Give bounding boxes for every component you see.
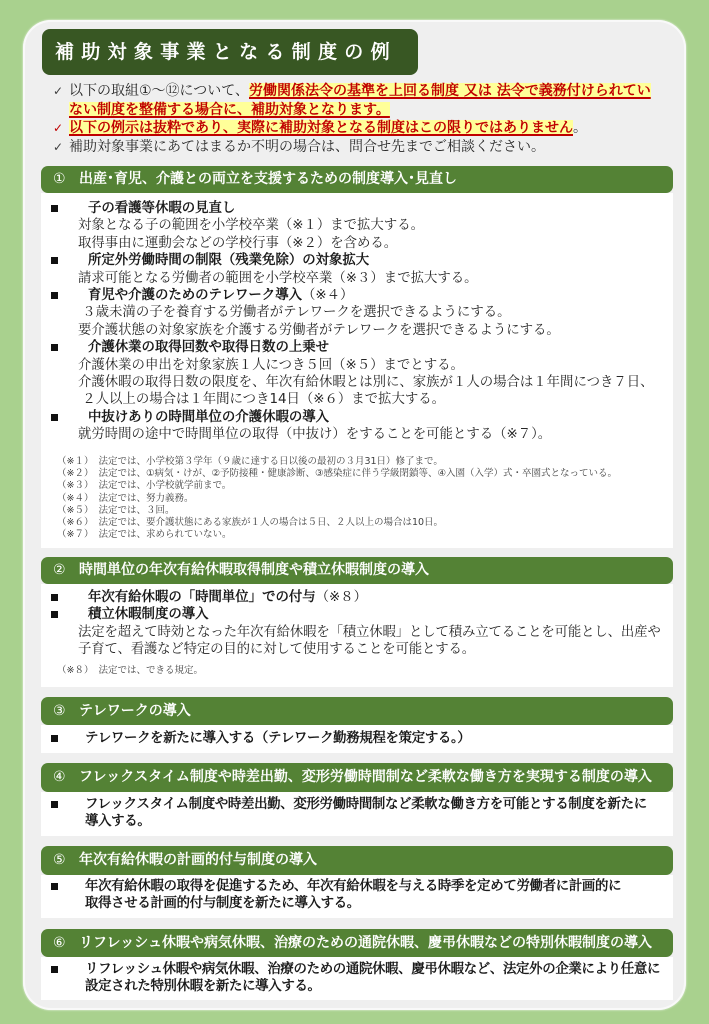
intro-text: 以下の取組①～⑫について、 xyxy=(69,83,249,99)
item-heading: 介護休業の取得回数や取得日数の上乗せ xyxy=(41,339,673,356)
item-text: 要介護状態の対象家族を介護する労働者がテレワークを選択できるようにする。 xyxy=(41,322,673,339)
square-bullet-icon xyxy=(51,966,58,973)
square-bullet-icon xyxy=(51,735,58,742)
list-item: リフレッシュ休暇や病気休暇、治療のための通院休暇、慶弔休暇など、法定外の企業によ… xyxy=(41,961,673,996)
list-item: フレックスタイム制度や時差出勤、変形労働時間制など柔軟な働き方を可能とする制度を… xyxy=(41,796,673,831)
item-heading: 所定外労働時間の制限（残業免除）の対象拡大 xyxy=(41,252,673,269)
item-text: フレックスタイム制度や時差出勤、変形労働時間制など柔軟な働き方を可能とする制度を… xyxy=(41,796,673,813)
list-item: 所定外労働時間の制限（残業免除）の対象拡大 請求可能となる労働者の範囲を小学校卒… xyxy=(41,252,673,287)
square-bullet-icon xyxy=(51,344,58,351)
footnote: （※１）法定では、小学校第３学年（９歳に達する日以後の最初の３月31日）修了まで… xyxy=(57,456,673,468)
footnote-ref: （※８） xyxy=(316,590,367,605)
section-2: ② 時間単位の年次有給休暇取得制度や積立休暇制度の導入 年次有給休暇の「時間単位… xyxy=(41,557,673,687)
content-card: 補助対象事業となる制度の例 ✓ 以下の取組①～⑫について、労働関係法令の基準を上… xyxy=(23,20,686,1010)
list-item: 介護休業の取得回数や取得日数の上乗せ 介護休業の申出を対象家族１人につき５回（※… xyxy=(41,339,673,409)
square-bullet-icon xyxy=(51,801,58,808)
item-text: 子育て、看護など特定の目的に対して使用することを可能とする。 xyxy=(41,641,673,658)
item-text: 取得させる計画的付与制度を新たに導入する。 xyxy=(41,895,673,912)
footnote: （※３）法定では、小学校就学前まで。 xyxy=(57,480,673,492)
section-body: 子の看護等休暇の見直し 対象となる子の範囲を小学校卒業（※１）まで拡大する。 取… xyxy=(41,193,673,548)
item-text: 設定された特別休暇を新たに導入する。 xyxy=(41,978,673,995)
section-title: テレワークの導入 xyxy=(79,697,191,725)
item-text: 対象となる子の範囲を小学校卒業（※１）まで拡大する。 xyxy=(41,217,673,234)
item-heading: 積立休暇制度の導入 xyxy=(41,606,673,623)
item-text: ３歳未満の子を養育する労働者がテレワークを選択できるようにする。 xyxy=(41,304,673,321)
item-text: 年次有給休暇の取得を促進するため、年次有給休暇を与える時季を定めて労働者に計画的… xyxy=(41,878,673,895)
section-number: ① xyxy=(53,166,66,193)
section-4: ④ フレックスタイム制度や時差出勤、変形労働時間制など柔軟な働き方を実現する制度… xyxy=(41,763,673,836)
item-heading: 子の看護等休暇の見直し xyxy=(41,200,673,217)
footnote: （※４）法定では、努力義務。 xyxy=(57,493,673,505)
item-text: 請求可能となる労働者の範囲を小学校卒業（※３）まで拡大する。 xyxy=(41,270,673,287)
section-1: ① 出産･育児、介護との両立を支援するための制度導入･見直し 子の看護等休暇の見… xyxy=(41,166,673,548)
section-header: ⑥ リフレッシュ休暇や病気休暇、治療のための通院休暇、慶弔休暇などの特別休暇制度… xyxy=(41,929,673,957)
item-heading: 年次有給休暇の「時間単位」での付与（※８） xyxy=(41,589,673,606)
item-text: ２人以上の場合は１年間につき14日（※６）まで拡大する。 xyxy=(41,391,673,408)
square-bullet-icon xyxy=(51,883,58,890)
section-header: ③ テレワークの導入 xyxy=(41,697,673,725)
section-title: フレックスタイム制度や時差出勤、変形労働時間制など柔軟な働き方を実現する制度の導… xyxy=(79,763,652,792)
footnote: （※７）法定では、求められていない。 xyxy=(57,529,673,541)
item-heading: 育児や介護のためのテレワーク導入（※４） xyxy=(41,287,673,304)
section-title: 出産･育児、介護との両立を支援するための制度導入･見直し xyxy=(79,166,457,193)
item-text: 介護休暇の取得日数の限度を、年次有給休暇とは別に、家族が１人の場合は１年間につき… xyxy=(41,374,673,391)
section-number: ⑤ xyxy=(53,846,66,875)
emphasis-text: 労働関係法令の基準を上回る制度 又は 法令で義務付けられてい xyxy=(249,83,651,99)
section-number: ④ xyxy=(53,763,66,792)
intro-checklist: ✓ 以下の取組①～⑫について、労働関係法令の基準を上回る制度 又は 法令で義務付… xyxy=(53,82,681,156)
list-item: 年次有給休暇の取得を促進するため、年次有給休暇を与える時季を定めて労働者に計画的… xyxy=(41,878,673,913)
square-bullet-icon xyxy=(51,205,58,212)
square-bullet-icon xyxy=(51,594,58,601)
item-heading: 中抜けありの時間単位の介護休暇の導入 xyxy=(41,409,673,426)
footnote: （※６）法定では、要介護状態にある家族が１人の場合は５日、２人以上の場合は10日… xyxy=(57,517,673,529)
emphasis-text: 以下の例示は抜粋であり、実際に補助対象となる制度はこの限りではありません xyxy=(69,120,573,136)
item-text: 取得事由に運動会などの学校行事（※２）を含める。 xyxy=(41,235,673,252)
footnote: （※５）法定では、３回。 xyxy=(57,505,673,517)
section-title: リフレッシュ休暇や病気休暇、治療のための通院休暇、慶弔休暇などの特別休暇制度の導… xyxy=(79,929,652,957)
item-text: リフレッシュ休暇や病気休暇、治療のための通院休暇、慶弔休暇など、法定外の企業によ… xyxy=(41,961,673,978)
square-bullet-icon xyxy=(51,611,58,618)
intro-text: 補助対象事業にあてはまるか不明の場合は、問合せ先までご相談ください。 xyxy=(69,138,545,157)
square-bullet-icon xyxy=(51,257,58,264)
section-title: 時間単位の年次有給休暇取得制度や積立休暇制度の導入 xyxy=(79,557,429,584)
square-bullet-icon xyxy=(51,292,58,299)
section-header: ① 出産･育児、介護との両立を支援するための制度導入･見直し xyxy=(41,166,673,193)
section-3: ③ テレワークの導入 テレワークを新たに導入する（テレワーク勤務規程を策定する。… xyxy=(41,697,673,753)
list-item: 中抜けありの時間単位の介護休暇の導入 就労時間の途中で時間単位の取得（中抜け）を… xyxy=(41,409,673,444)
intro-item: ✓ 以下の例示は抜粋であり、実際に補助対象となる制度はこの限りではありません。 xyxy=(53,119,681,138)
section-title: 年次有給休暇の計画的付与制度の導入 xyxy=(79,846,317,875)
footnotes: （※１）法定では、小学校第３学年（９歳に達する日以後の最初の３月31日）修了まで… xyxy=(41,456,673,542)
section-number: ⑥ xyxy=(53,929,66,957)
list-item: 年次有給休暇の「時間単位」での付与（※８） xyxy=(41,589,673,606)
item-text: 導入する。 xyxy=(41,813,673,830)
section-6: ⑥ リフレッシュ休暇や病気休暇、治療のための通院休暇、慶弔休暇などの特別休暇制度… xyxy=(41,929,673,1000)
footnotes: （※８）法定では、できる規定。 xyxy=(41,665,673,677)
section-body: 年次有給休暇の取得を促進するため、年次有給休暇を与える時季を定めて労働者に計画的… xyxy=(41,875,673,918)
emphasis-text: ない制度を整備する場合に、補助対象となります。 xyxy=(69,102,390,118)
footnote: （※８）法定では、できる規定。 xyxy=(57,665,673,677)
section-header: ② 時間単位の年次有給休暇取得制度や積立休暇制度の導入 xyxy=(41,557,673,584)
section-header: ⑤ 年次有給休暇の計画的付与制度の導入 xyxy=(41,846,673,875)
footnote: （※２）法定では、①病気・けが、②予防接種・健康診断、③感染症に伴う学級閉鎖等、… xyxy=(57,468,673,480)
item-text: 介護休業の申出を対象家族１人につき５回（※５）までとする。 xyxy=(41,357,673,374)
section-5: ⑤ 年次有給休暇の計画的付与制度の導入 年次有給休暇の取得を促進するため、年次有… xyxy=(41,846,673,918)
check-icon: ✓ xyxy=(53,82,69,119)
section-body: フレックスタイム制度や時差出勤、変形労働時間制など柔軟な働き方を可能とする制度を… xyxy=(41,792,673,836)
section-body: テレワークを新たに導入する（テレワーク勤務規程を策定する。） xyxy=(41,725,673,753)
check-icon: ✓ xyxy=(53,138,69,157)
list-item: 育児や介護のためのテレワーク導入（※４） ３歳未満の子を養育する労働者がテレワー… xyxy=(41,287,673,339)
section-number: ② xyxy=(53,557,66,584)
intro-text: 。 xyxy=(573,120,587,136)
intro-item: ✓ 補助対象事業にあてはまるか不明の場合は、問合せ先までご相談ください。 xyxy=(53,138,681,157)
section-number: ③ xyxy=(53,697,66,725)
list-item: 子の看護等休暇の見直し 対象となる子の範囲を小学校卒業（※１）まで拡大する。 取… xyxy=(41,200,673,252)
item-text: 法定を超えて時効となった年次有給休暇を「積立休暇」として積み立てることを可能とし… xyxy=(41,624,673,641)
page-title: 補助対象事業となる制度の例 xyxy=(42,29,418,75)
list-item: テレワークを新たに導入する（テレワーク勤務規程を策定する。） xyxy=(41,730,673,747)
section-body: 年次有給休暇の「時間単位」での付与（※８） 積立休暇制度の導入 法定を超えて時効… xyxy=(41,584,673,687)
section-header: ④ フレックスタイム制度や時差出勤、変形労働時間制など柔軟な働き方を実現する制度… xyxy=(41,763,673,792)
footnote-ref: （※４） xyxy=(302,288,353,303)
square-bullet-icon xyxy=(51,414,58,421)
list-item: 積立休暇制度の導入 法定を超えて時効となった年次有給休暇を「積立休暇」として積み… xyxy=(41,606,673,658)
item-text: テレワークを新たに導入する（テレワーク勤務規程を策定する。） xyxy=(41,730,673,747)
item-text: 就労時間の途中で時間単位の取得（中抜け）をすることを可能とする（※７）。 xyxy=(41,426,673,443)
check-icon: ✓ xyxy=(53,119,69,138)
section-body: リフレッシュ休暇や病気休暇、治療のための通院休暇、慶弔休暇など、法定外の企業によ… xyxy=(41,957,673,1000)
intro-item: ✓ 以下の取組①～⑫について、労働関係法令の基準を上回る制度 又は 法令で義務付… xyxy=(53,82,681,119)
